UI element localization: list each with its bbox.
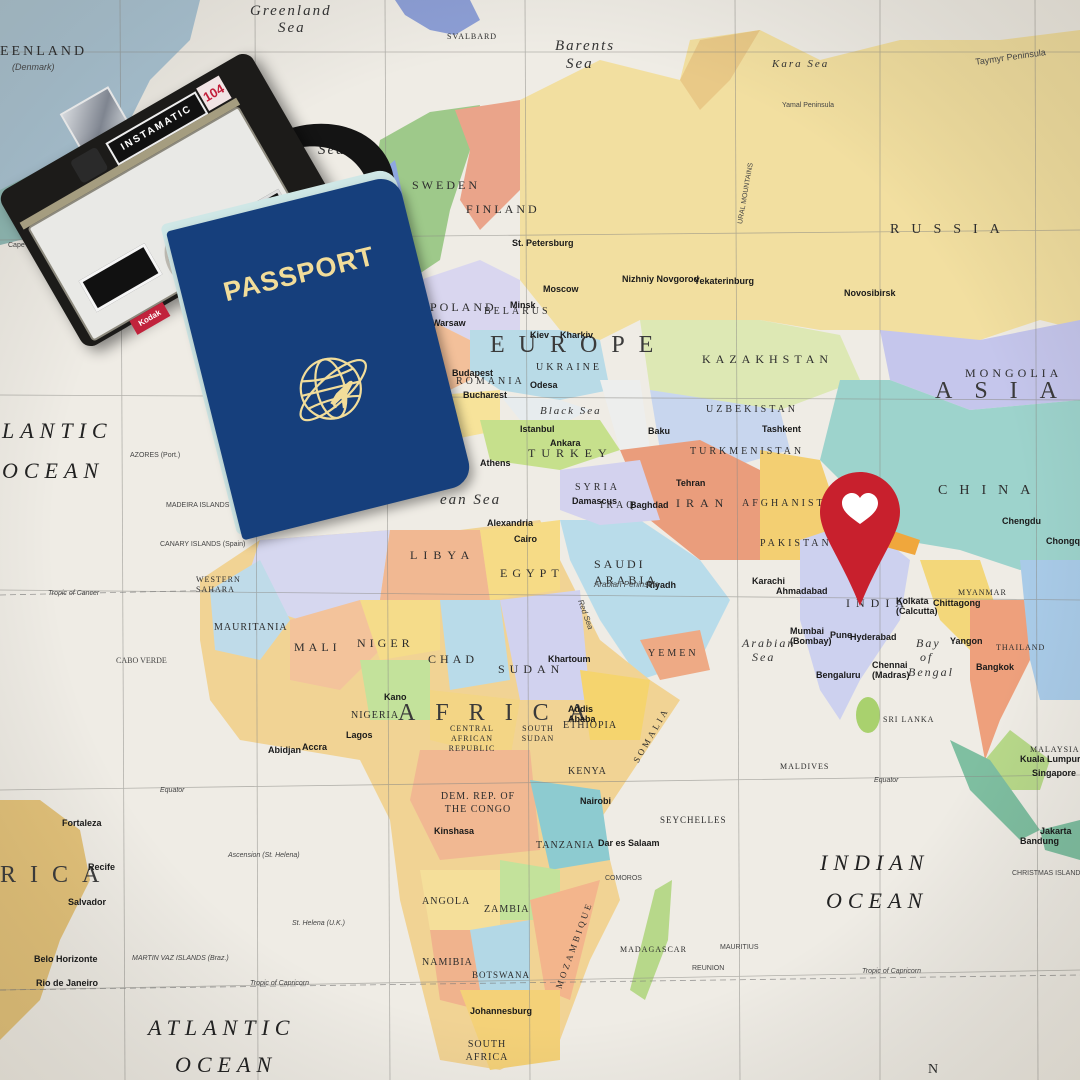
- sea-label: Bengal: [908, 665, 954, 680]
- sea-label: Bay: [916, 636, 941, 651]
- sea-label: of: [920, 650, 933, 665]
- peninsula-label: Arabian Peninsula: [594, 580, 659, 589]
- city-label: Budapest: [452, 368, 493, 378]
- country-label: NAMIBIA: [422, 957, 473, 968]
- city-label: Ankara: [550, 438, 581, 448]
- island-label: Ascension (St. Helena): [228, 852, 300, 859]
- city-label: Singapore: [1032, 768, 1076, 778]
- city-label: Recife: [88, 862, 115, 872]
- country-label: SEYCHELLES: [660, 815, 727, 825]
- country-label: SOUTH SUDAN: [516, 724, 560, 744]
- city-label: Nairobi: [580, 796, 611, 806]
- city-label: Baghdad: [630, 500, 669, 510]
- country-label: ANGOLA: [422, 896, 470, 907]
- city-label: Moscow: [543, 284, 579, 294]
- country-label: IRAN: [676, 496, 729, 511]
- city-label: Accra: [302, 742, 327, 752]
- city-label: Lagos: [346, 730, 373, 740]
- country-label: UZBEKISTAN: [706, 404, 798, 415]
- ocean-label: OCEAN: [826, 888, 928, 914]
- country-label: WESTERN SAHARA: [196, 575, 242, 595]
- city-label: Yekaterinburg: [694, 276, 754, 286]
- country-label: EENLAND: [0, 44, 87, 60]
- city-label: Istanbul: [520, 424, 555, 434]
- city-label: Bandung: [1020, 836, 1059, 846]
- city-label: Pune: [830, 630, 852, 640]
- city-label: Rio de Janeiro: [36, 978, 98, 988]
- country-label: UKRAINE: [536, 362, 602, 373]
- country-label: SRI LANKA: [883, 715, 934, 724]
- city-label: Khartoum: [548, 654, 591, 664]
- island-label: MARTIN VAZ ISLANDS (Braz.): [132, 955, 229, 962]
- sea-label: Black Sea: [540, 405, 602, 417]
- sea-label: Kara Sea: [772, 58, 829, 70]
- viewfinder: [79, 243, 163, 312]
- continent-label: ASIA: [935, 378, 1079, 405]
- country-label: KAZAKHSTAN: [702, 352, 833, 367]
- map-photo: LANTIC OCEAN ATLANTIC OCEAN INDIAN OCEAN…: [0, 0, 1080, 1080]
- city-label: Odesa: [530, 380, 558, 390]
- country-label: MONGOLIA: [965, 366, 1062, 381]
- island-label: MAURITIUS: [720, 944, 759, 951]
- latitude-label: Equator: [874, 777, 899, 784]
- country-label: SYRIA: [575, 482, 620, 493]
- passport-title: PASSPORT: [180, 231, 418, 319]
- sea-label: Greenland: [250, 3, 332, 20]
- island-label: CHRISTMAS ISLAND: [1012, 870, 1080, 877]
- country-label: CENTRAL AFRICAN REPUBLIC: [442, 724, 502, 754]
- island-label: St. Helena (U.K.): [292, 920, 345, 927]
- city-label: Johannesburg: [470, 1006, 532, 1016]
- city-label: Chittagong: [933, 598, 981, 608]
- sea-label: Sea: [566, 56, 594, 73]
- peninsula-label: Yamal Peninsula: [782, 102, 834, 109]
- country-label: EGYPT: [500, 566, 564, 581]
- city-label: Alexandria: [487, 518, 533, 528]
- sea-label: Arabian: [742, 636, 795, 651]
- city-label: Karachi: [752, 576, 785, 586]
- city-label: Kiev: [530, 330, 549, 340]
- city-label: Belo Horizonte: [34, 954, 98, 964]
- country-label: ZAMBIA: [484, 904, 529, 915]
- country-label: TURKMENISTAN: [690, 446, 804, 457]
- island-label: REUNION: [692, 965, 724, 972]
- country-label: SOUTH AFRICA: [462, 1038, 512, 1064]
- island-label: CABO VERDE: [116, 656, 167, 665]
- island-label: CANARY ISLANDS (Spain): [160, 541, 245, 548]
- country-label: SUDAN: [498, 662, 564, 677]
- city-label: Yangon: [950, 636, 983, 646]
- sea-label: Barents: [555, 38, 615, 55]
- city-label: Kharkiv: [560, 330, 593, 340]
- island-label: COMOROS: [605, 875, 642, 882]
- country-label: LIBYA: [410, 548, 475, 563]
- city-label: Bucharest: [463, 390, 507, 400]
- city-label: Tehran: [676, 478, 705, 488]
- sea-label: Sea: [318, 142, 346, 159]
- ocean-label: OCEAN: [175, 1052, 277, 1078]
- city-label: Dar es Salaam: [598, 838, 660, 848]
- city-label: Kinshasa: [434, 826, 474, 836]
- country-label: SWEDEN: [412, 178, 480, 193]
- country-label: TANZANIA: [536, 840, 595, 851]
- latitude-label: Tropic of Capricorn: [862, 968, 921, 975]
- city-label: Fortaleza: [62, 818, 102, 828]
- globe-with-airplane-icon: [282, 337, 384, 439]
- city-label: Bengaluru: [816, 670, 861, 680]
- city-label: Athens: [480, 458, 511, 468]
- country-label: CHINA: [938, 483, 1042, 499]
- country-label: NIGERIA: [351, 710, 399, 721]
- city-label: Jakarta: [1040, 826, 1072, 836]
- country-label: (Denmark): [12, 62, 55, 72]
- country-label: KENYA: [568, 766, 607, 777]
- country-label: CHAD: [428, 652, 478, 667]
- country-label: MALI: [294, 640, 341, 655]
- city-label: Hyderabad: [850, 632, 897, 642]
- city-label: Addis Ababa: [568, 704, 608, 724]
- country-label: SVALBARD: [447, 32, 497, 41]
- city-label: Abidjan: [268, 745, 301, 755]
- city-label: Bangkok: [976, 662, 1014, 672]
- city-label: Kuala Lumpur: [1020, 754, 1080, 764]
- country-label: MAURITANIA: [214, 622, 288, 633]
- city-label: Chengdu: [1002, 516, 1041, 526]
- country-label: MALDIVES: [780, 762, 829, 771]
- compass-label: N: [928, 1062, 938, 1078]
- city-label: St. Petersburg: [512, 238, 574, 248]
- ocean-label: LANTIC: [2, 418, 113, 444]
- sea-label: Sea: [278, 20, 306, 37]
- country-label: THAILAND: [996, 643, 1045, 652]
- country-label: MYANMAR: [958, 588, 1007, 597]
- island-label: AZORES (Port.): [130, 452, 180, 459]
- city-label: Kano: [384, 692, 407, 702]
- country-label: BOTSWANA: [472, 970, 530, 980]
- latitude-label: Tropic of Cancer: [48, 590, 99, 597]
- city-label: Tashkent: [762, 424, 801, 434]
- latitude-label: Equator: [160, 787, 185, 794]
- city-label: Minsk: [510, 300, 536, 310]
- sea-label: ean Sea: [440, 492, 501, 509]
- city-label: Chongqing: [1046, 536, 1080, 546]
- city-label: Cairo: [514, 534, 537, 544]
- sea-label: Sea: [752, 650, 775, 665]
- latitude-label: Tropic of Capricorn: [250, 980, 309, 987]
- ocean-label: OCEAN: [2, 458, 104, 484]
- city-label: Damascus: [572, 496, 617, 506]
- heart-location-pin-icon: [818, 470, 902, 610]
- ocean-label: INDIAN: [820, 850, 929, 876]
- country-label: DEM. REP. OF THE CONGO: [440, 790, 516, 816]
- city-label: Novosibirsk: [844, 288, 896, 298]
- ocean-label: ATLANTIC: [148, 1015, 295, 1041]
- country-label: NIGER: [357, 636, 414, 651]
- country-label: FINLAND: [466, 202, 540, 217]
- country-label: MALAYSIA: [1030, 745, 1080, 754]
- city-label: Baku: [648, 426, 670, 436]
- country-label: MADAGASCAR: [620, 945, 687, 954]
- country-label: RUSSIA: [890, 222, 1012, 238]
- city-label: Mumbai (Bombay): [790, 626, 834, 646]
- city-label: Nizhniy Novgorod: [622, 274, 699, 284]
- city-label: Salvador: [68, 897, 106, 907]
- city-label: Chennai (Madras): [872, 660, 912, 680]
- country-label: TURKEY: [528, 446, 613, 461]
- country-label: YEMEN: [648, 648, 699, 659]
